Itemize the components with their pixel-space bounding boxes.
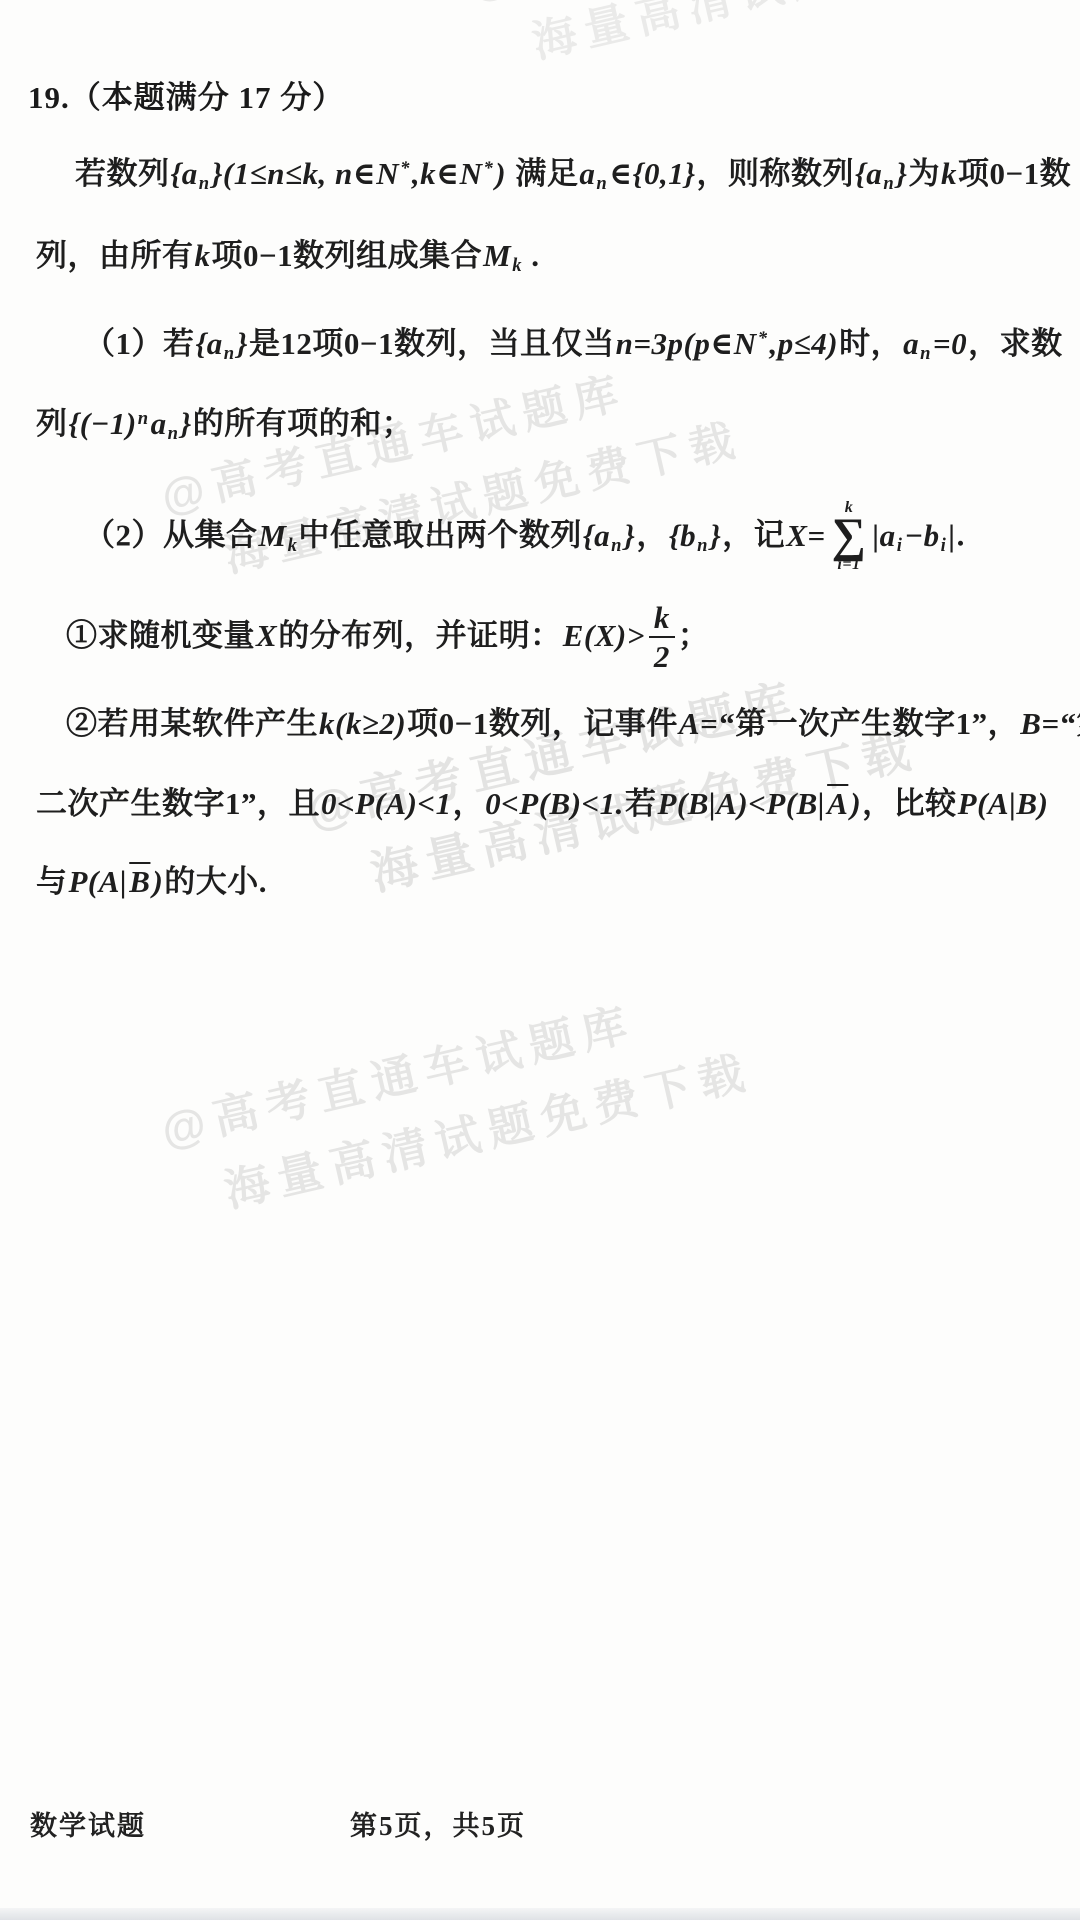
text-run: 是12项0−1数列，当且仅当 <box>249 326 615 361</box>
watermark-text: @高考直通车试题库 <box>462 0 1040 11</box>
math-run: ) <box>151 864 164 899</box>
text-run: . <box>523 238 540 273</box>
math-run: } <box>179 406 192 441</box>
question-text-line-7: ②若用某软件产生k(k≥2)项0−1数列，记事件A=“第一次产生数字1”，B=“… <box>66 698 1080 743</box>
math-run: M <box>482 238 512 273</box>
subscript: n <box>168 423 180 444</box>
page-bottom-edge <box>0 1908 1080 1920</box>
watermark-text: 海量高清试题免费下载 <box>525 0 1056 70</box>
text-run: 满足 <box>515 156 578 191</box>
text-run: “第 <box>1061 706 1080 741</box>
subscript: n <box>697 535 709 556</box>
math-run: P(A|B) <box>957 786 1050 821</box>
math-run: 0<P(B)<1. <box>484 786 625 821</box>
subscript: n <box>920 343 932 364</box>
watermark-1: @高考直通车试题库海量高清试题免费下载 <box>462 0 1056 81</box>
text-run: 与 <box>36 864 68 899</box>
math-run: } <box>623 518 636 553</box>
math-run: X <box>255 618 278 653</box>
math-run: } <box>709 518 722 553</box>
math-run: | <box>947 518 956 553</box>
subscript: n <box>883 173 895 194</box>
superscript: * <box>484 158 495 179</box>
text-run: ，求数 <box>968 326 1063 361</box>
text-run: （1）若 <box>84 326 195 361</box>
math-run: M <box>258 518 288 553</box>
math-run: k(k≥2) <box>318 706 407 741</box>
math-run: A= <box>678 706 719 741</box>
question-text-line-8: 二次产生数字1”，且0<P(A)<1，0<P(B)<1.若P(B|A)<P(B|… <box>36 778 1049 823</box>
text-run: ， <box>636 518 668 553</box>
math-run: B= <box>1019 706 1060 741</box>
text-run: . <box>957 518 965 553</box>
text-run: 若 <box>625 786 657 821</box>
footer-page-number: 第5页，共5页 <box>350 1804 526 1843</box>
text-run: ②若用某软件产生 <box>66 706 318 741</box>
superscript: n <box>138 408 150 429</box>
math-run: {a <box>854 156 883 191</box>
math-run: X= <box>785 518 826 553</box>
question-text-line-9: 与P(A|B)的大小. <box>36 856 267 901</box>
math-run: =0 <box>932 326 968 361</box>
text-run: 的大小. <box>164 864 267 899</box>
text-run: ，记 <box>722 518 785 553</box>
superscript: * <box>758 328 769 349</box>
math-run: k <box>194 238 212 273</box>
math-run: ) <box>849 786 862 821</box>
text-run: ， <box>453 786 485 821</box>
text-run: “第一次产生数字1”， <box>719 706 1019 741</box>
text-run: 项0−1数 <box>958 156 1071 191</box>
watermark-text: 海量高清试题免费下载 <box>217 1035 758 1220</box>
math-run: a <box>902 326 920 361</box>
math-run: } <box>236 326 249 361</box>
question-text-line-6: ①求随机变量X的分布列，并证明：E(X)>k2； <box>66 604 709 674</box>
math-run: {a <box>195 326 224 361</box>
text-run: 为 <box>908 156 940 191</box>
text-run: 若数列 <box>75 156 170 191</box>
subscript: n <box>224 343 236 364</box>
math-run: −b <box>903 518 940 553</box>
text-run: ，则称数列 <box>697 156 855 191</box>
question-text-line-5: （2）从集合Mk中任意取出两个数列{an}，{bn}，记X=k∑i=1|ai−b… <box>84 502 965 575</box>
text-run: 的分布列，并证明： <box>278 618 562 653</box>
text-run: 中任意取出两个数列 <box>298 518 582 553</box>
subscript: n <box>199 173 211 194</box>
text-run: ； <box>678 618 710 653</box>
math-run: |a <box>871 518 896 553</box>
math-run: {(−1) <box>68 406 138 441</box>
question-text-line-1: 若数列{an}(1≤n≤k, n∈N*,k∈N*) 满足an∈{0,1}，则称数… <box>75 148 1071 195</box>
math-run: P(B|A)<P(B| <box>656 786 826 821</box>
subscript: k <box>512 255 523 276</box>
overline-var: A <box>826 786 849 821</box>
fraction: k2 <box>649 602 675 672</box>
question-number-heading: 19.（本题满分 17 分） <box>28 72 344 117</box>
math-run: ,k∈N <box>411 156 484 191</box>
exam-page: @高考直通车试题库海量高清试题免费下载@高考直通车试题库海量高清试题免费下载@高… <box>0 0 1080 1920</box>
math-run: n=3p(p∈N <box>615 326 758 361</box>
watermark-4: @高考直通车试题库海量高清试题免费下载 <box>154 964 758 1231</box>
math-run: a <box>150 406 168 441</box>
text-run: ①求随机变量 <box>66 618 255 653</box>
question-text-line-3: （1）若{an}是12项0−1数列，当且仅当n=3p(p∈N*,p≤4)时，an… <box>84 318 1063 365</box>
text-run: （2）从集合 <box>84 518 258 553</box>
math-run: {a <box>170 156 199 191</box>
text-run: 列，由所有 <box>36 238 194 273</box>
summation-symbol: k∑i=1 <box>832 500 867 573</box>
math-run: 0<P(A)<1 <box>320 786 453 821</box>
math-run: ,p≤4) <box>768 326 839 361</box>
text-run: ，比较 <box>862 786 957 821</box>
watermark-3: @高考直通车试题库海量高清试题免费下载 <box>300 639 924 914</box>
overline-var: B <box>128 864 151 899</box>
math-run: {a <box>582 518 611 553</box>
math-run: }(1≤n≤k, n∈N <box>211 156 400 191</box>
text-run: 列 <box>36 406 68 441</box>
subscript: k <box>288 535 299 556</box>
text-run: 二次产生数字1”，且 <box>36 786 320 821</box>
watermark-text: @高考直通车试题库 <box>154 964 742 1160</box>
math-run: E(X)> <box>562 618 646 653</box>
watermark-layer: @高考直通车试题库海量高清试题免费下载@高考直通车试题库海量高清试题免费下载@高… <box>0 0 1080 1920</box>
question-text-line-4: 列{(−1)nan}的所有项的和； <box>36 398 413 445</box>
text-run: 时， <box>839 326 902 361</box>
text-run: 项0−1数列，记事件 <box>407 706 678 741</box>
math-run: P(A| <box>68 864 129 899</box>
math-run: } <box>895 156 908 191</box>
text-run: 的所有项的和； <box>193 406 414 441</box>
math-run: k <box>940 156 958 191</box>
math-run: {b <box>668 518 697 553</box>
math-run: ) <box>494 156 515 191</box>
question-text-line-2: 列，由所有k项0−1数列组成集合Mk . <box>36 230 540 277</box>
math-run: ∈{0,1} <box>608 156 696 191</box>
footer-doc-title: 数学试题 <box>30 1804 146 1843</box>
subscript: n <box>611 535 623 556</box>
text-run: 项0−1数列组成集合 <box>212 238 483 273</box>
superscript: * <box>400 158 411 179</box>
math-run: a <box>578 156 596 191</box>
subscript: n <box>596 173 608 194</box>
